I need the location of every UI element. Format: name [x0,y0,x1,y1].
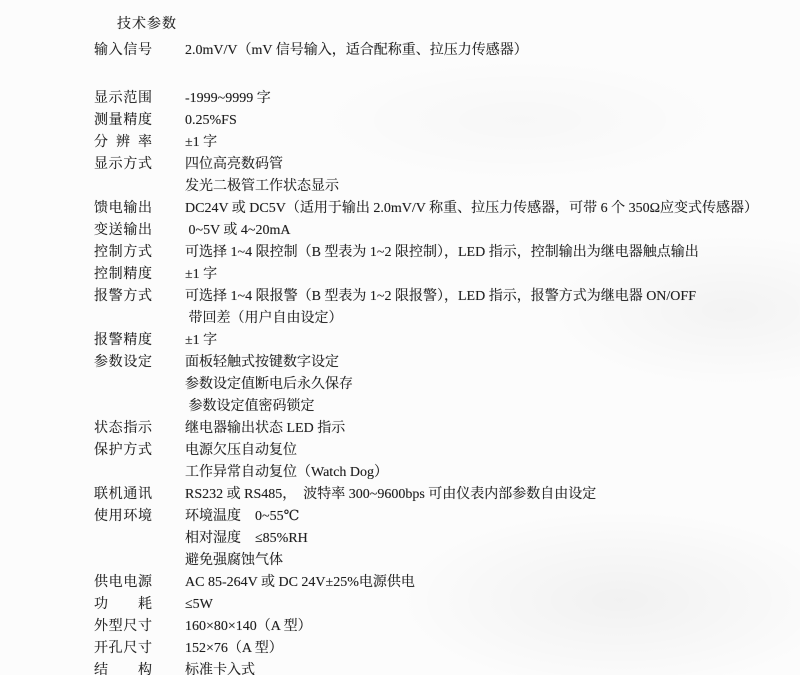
spec-lines: ±1 字 [185,330,217,352]
document-page: 技术参数 输入信号 2.0mV/V（mV 信号输入，适合配称重、拉压力传感器） … [0,0,800,675]
spec-line: 参数设定值断电后永久保存 [185,374,353,396]
spec-lines: 2.0mV/V（mV 信号输入，适合配称重、拉压力传感器） [185,40,528,62]
spec-lines: AC 85-264V 或 DC 24V±25%电源供电 [185,572,415,594]
spec-lines: 0.25%FS [185,110,237,132]
spec-row: 测量精度 0.25%FS [94,110,800,132]
spec-label: 分辨率 [94,132,152,154]
spec-lines: -1999~9999 字 [185,88,271,110]
spec-lines: 可选择 1~4 限控制（B 型表为 1~2 限控制），LED 指示，控制输出为继… [185,242,699,264]
spec-lines: ±1 字 [185,264,217,286]
spec-line: 标准卡入式 [185,660,255,675]
spec-line: ±1 字 [185,132,217,154]
spec-row: 报警方式 可选择 1~4 限报警（B 型表为 1~2 限报警），LED 指示，报… [94,286,800,330]
spec-row: 状态指示 继电器输出状态 LED 指示 [94,418,800,440]
spec-label: 测量精度 [94,110,152,132]
spec-row: 馈电输出 DC24V 或 DC5V（适用于输出 2.0mV/V 称重、拉压力传感… [94,198,800,220]
spec-line: 避免强腐蚀气体 [185,550,308,572]
spec-label: 控制精度 [94,264,152,286]
spec-line: 0~5V 或 4~20mA [185,220,291,242]
spec-label: 报警方式 [94,286,152,308]
spec-line: ±1 字 [185,330,217,352]
spec-row: 输入信号 2.0mV/V（mV 信号输入，适合配称重、拉压力传感器） [94,40,800,62]
spec-line: 2.0mV/V（mV 信号输入，适合配称重、拉压力传感器） [185,40,528,62]
spec-row: 联机通讯 RS232 或 RS485， 波特率 300~9600bps 可由仪表… [94,484,800,506]
spec-label: 供电电源 [94,572,152,594]
page-title: 技术参数 [94,14,800,36]
spec-line: 继电器输出状态 LED 指示 [185,418,345,440]
spec-label: 保护方式 [94,440,152,462]
spec-lines: 可选择 1~4 限报警（B 型表为 1~2 限报警），LED 指示，报警方式为继… [185,286,696,330]
spec-row: 显示方式 四位高亮数码管发光二极管工作状态显示 [94,154,800,198]
spec-lines: 标准卡入式 [185,660,255,675]
spec-line: 参数设定值密码锁定 [185,396,353,418]
spec-line: -1999~9999 字 [185,88,271,110]
spec-label: 结构 [94,660,152,675]
spec-lines: 160×80×140（A 型） [185,616,312,638]
spec-label: 变送输出 [94,220,152,242]
spec-label: 联机通讯 [94,484,152,506]
spec-line: DC24V 或 DC5V（适用于输出 2.0mV/V 称重、拉压力传感器，可带 … [185,198,758,220]
spec-line: 环境温度 0~55℃ [185,506,308,528]
spec-row: 外型尺寸 160×80×140（A 型） [94,616,800,638]
spec-label: 报警精度 [94,330,152,352]
spec-label: 输入信号 [94,40,152,62]
spec-line: 面板轻触式按键数字设定 [185,352,353,374]
spec-row: 变送输出 0~5V 或 4~20mA [94,220,800,242]
spec-line: 152×76（A 型） [185,638,283,660]
spec-line: 相对湿度 ≤85%RH [185,528,308,550]
spec-label: 参数设定 [94,352,152,374]
spec-lines: 面板轻触式按键数字设定参数设定值断电后永久保存 参数设定值密码锁定 [185,352,353,418]
spec-row: 显示范围 -1999~9999 字 [94,88,800,110]
spec-row: 控制精度 ±1 字 [94,264,800,286]
spec-row: 使用环境 环境温度 0~55℃相对湿度 ≤85%RH避免强腐蚀气体 [94,506,800,572]
spec-lines: 继电器输出状态 LED 指示 [185,418,345,440]
spec-row: 控制方式 可选择 1~4 限控制（B 型表为 1~2 限控制），LED 指示，控… [94,242,800,264]
spec-label: 显示方式 [94,154,152,176]
spec-row: 结构 标准卡入式 [94,660,800,675]
spec-line: 可选择 1~4 限报警（B 型表为 1~2 限报警），LED 指示，报警方式为继… [185,286,696,308]
spec-row: 供电电源 AC 85-264V 或 DC 24V±25%电源供电 [94,572,800,594]
spec-label: 状态指示 [94,418,152,440]
spec-row: 报警精度 ±1 字 [94,330,800,352]
spec-lines: DC24V 或 DC5V（适用于输出 2.0mV/V 称重、拉压力传感器，可带 … [185,198,758,220]
spec-lines: ±1 字 [185,132,217,154]
spec-label: 馈电输出 [94,198,152,220]
spec-lines: 电源欠压自动复位工作异常自动复位（Watch Dog） [185,440,388,484]
spec-line: 可选择 1~4 限控制（B 型表为 1~2 限控制），LED 指示，控制输出为继… [185,242,699,264]
spec-line: 工作异常自动复位（Watch Dog） [185,462,388,484]
spec-lines: 四位高亮数码管发光二极管工作状态显示 [185,154,339,198]
spec-line: 160×80×140（A 型） [185,616,312,638]
spec-row: 保护方式 电源欠压自动复位工作异常自动复位（Watch Dog） [94,440,800,484]
spec-line: AC 85-264V 或 DC 24V±25%电源供电 [185,572,415,594]
spec-line: 发光二极管工作状态显示 [185,176,339,198]
spec-row: 参数设定 面板轻触式按键数字设定参数设定值断电后永久保存 参数设定值密码锁定 [94,352,800,418]
spec-line: 0.25%FS [185,110,237,132]
spec-label: 功耗 [94,594,152,616]
spec-label: 开孔尺寸 [94,638,152,660]
spec-lines: 0~5V 或 4~20mA [185,220,291,242]
spec-label: 使用环境 [94,506,152,528]
spec-label: 显示范围 [94,88,152,110]
spec-line: ±1 字 [185,264,217,286]
spec-line: RS232 或 RS485， 波特率 300~9600bps 可由仪表内部参数自… [185,484,596,506]
spec-table: 输入信号 2.0mV/V（mV 信号输入，适合配称重、拉压力传感器） 显示范围 … [94,40,800,675]
spec-lines: ≤5W [185,594,213,616]
spec-label: 控制方式 [94,242,152,264]
spec-line: ≤5W [185,594,213,616]
spec-row: 开孔尺寸 152×76（A 型） [94,638,800,660]
spec-line: 四位高亮数码管 [185,154,339,176]
spec-lines: 环境温度 0~55℃相对湿度 ≤85%RH避免强腐蚀气体 [185,506,308,572]
spec-row: 分辨率 ±1 字 [94,132,800,154]
spec-lines: 152×76（A 型） [185,638,283,660]
spec-lines: RS232 或 RS485， 波特率 300~9600bps 可由仪表内部参数自… [185,484,596,506]
spec-label: 外型尺寸 [94,616,152,638]
spec-line: 带回差（用户自由设定） [185,308,696,330]
spec-line: 电源欠压自动复位 [185,440,388,462]
spec-row: 功耗 ≤5W [94,594,800,616]
